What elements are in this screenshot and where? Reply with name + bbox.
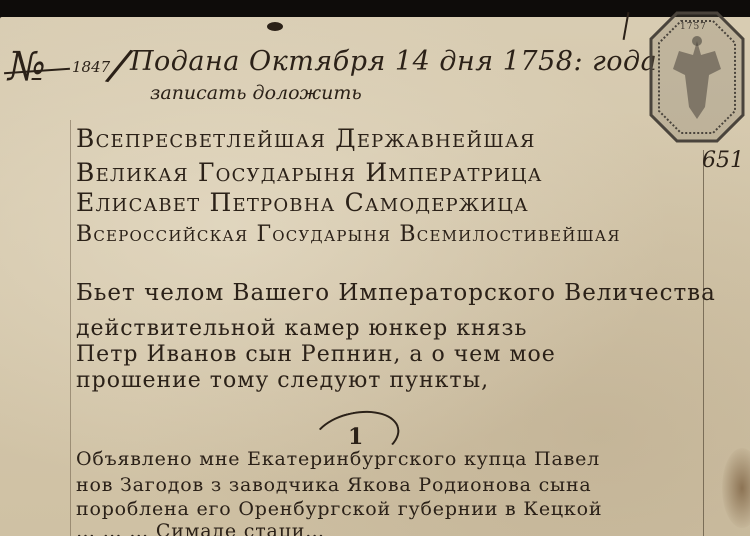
ink-blot [267,22,283,31]
petitioner-line-3: Петр Иванов сын Репнин, а о чем мое [76,342,556,367]
number-symbol: № [8,44,42,90]
left-margin-rule [70,120,71,536]
petitioner-line-4: прошение тому следуют пункты, [76,368,489,393]
address-line-1: Всепресветлейшая Державнейшая [76,124,536,153]
seal-year-top: 1757 [680,22,707,32]
document-number: 1847 [72,58,110,76]
body-line-4: … … … Симаде стаци… [76,520,325,536]
body-line-3: пороблена его Оренбургской губернии в Ке… [76,498,602,520]
resolution-note: записать доложить [150,82,362,104]
right-margin-rule [703,150,704,536]
submission-date-line: Подана Октября 14 дня 1758: года [130,46,657,77]
section-number: 1 [348,424,363,450]
petitioner-line-1: Бьет челом Вашего Императорского Величес… [76,280,716,306]
body-line-2: нов Загодов з заводчика Якова Родионова … [76,474,592,496]
address-line-2: Великая Государыня Императрица [76,158,543,187]
body-line-1: Объявлено мне Екатеринбургского купца Па… [76,448,600,470]
address-line-3: Елисавет Петровна Самодержица [76,188,529,217]
address-line-4: Всероссийская Государыня Всемилостивейша… [76,222,621,247]
margin-number: 651 [702,148,744,173]
petitioner-line-2: действительной камер юнкер князь [76,316,527,341]
